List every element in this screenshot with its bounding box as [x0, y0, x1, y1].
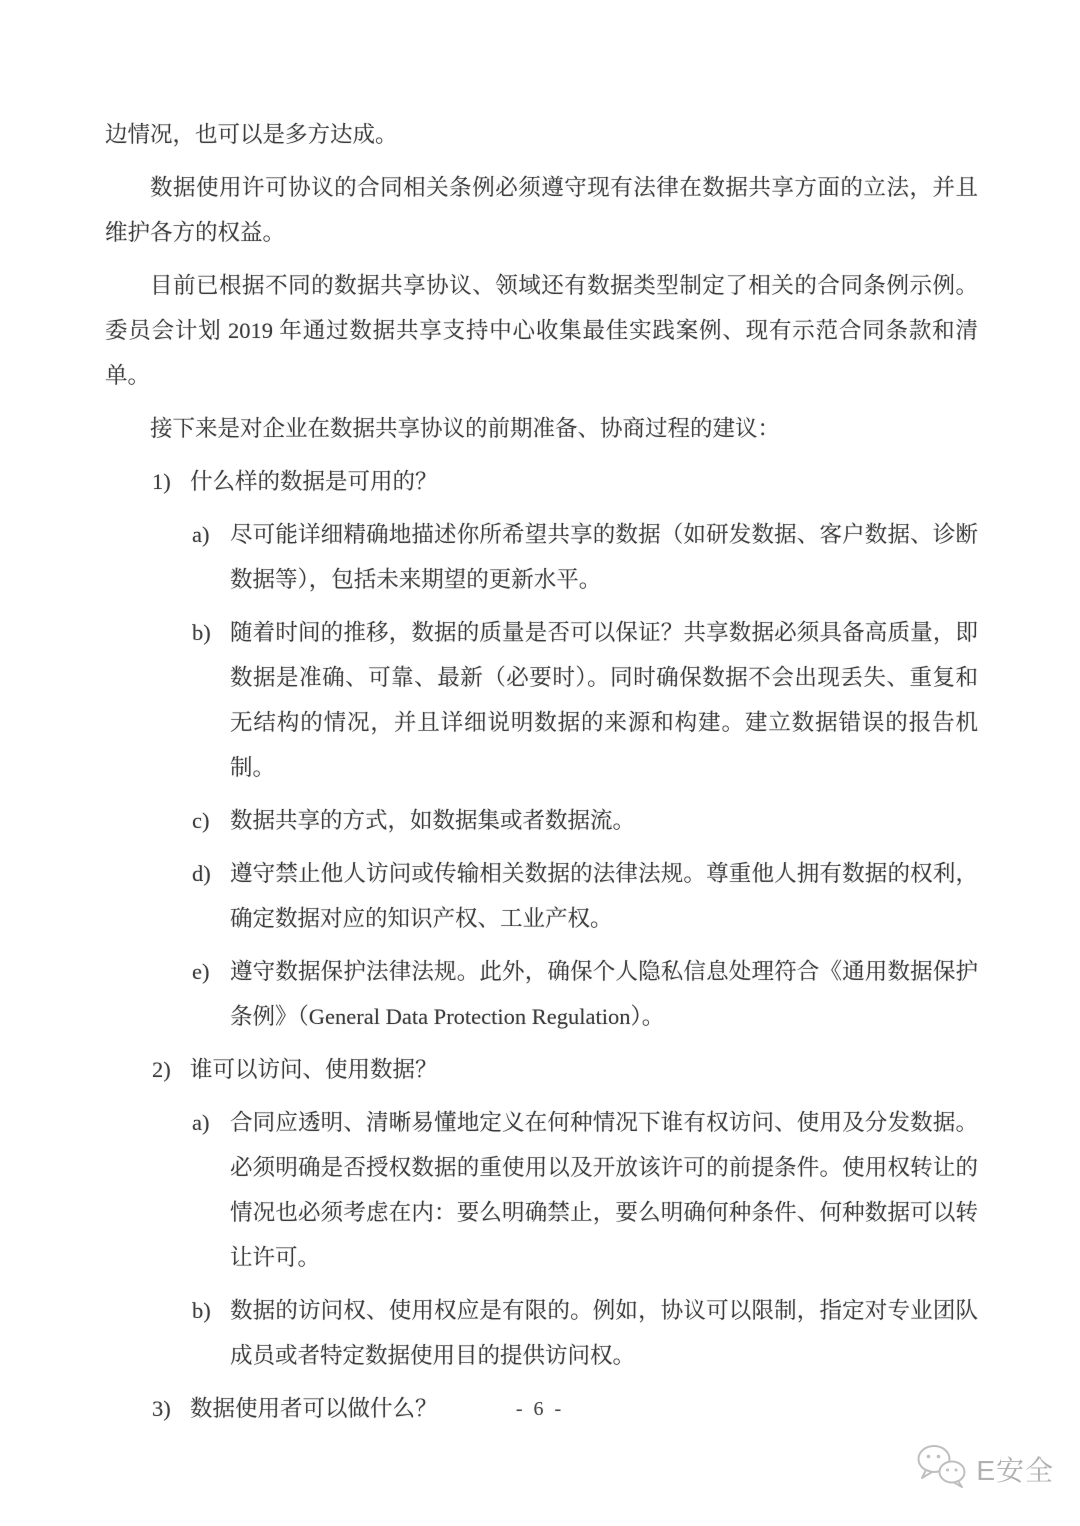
list-item-2a: a) 合同应透明、清晰易懂地定义在何种情况下谁有权访问、使用及分发数据。必须明确…: [105, 1100, 978, 1280]
list-marker: 2): [152, 1047, 190, 1092]
list-marker: e): [192, 949, 230, 1039]
list-item-1b: b) 随着时间的推移，数据的质量是否可以保证？共享数据必须具备高质量，即数据是准…: [105, 610, 978, 790]
document-page: 边情况，也可以是多方达成。 数据使用许可协议的合同相关条例必须遵守现有法律在数据…: [0, 0, 1080, 1526]
paragraph: 目前已根据不同的数据共享协议、领域还有数据类型制定了相关的合同条例示例。委员会计…: [105, 263, 978, 398]
list-marker: d): [192, 851, 230, 941]
paragraph-lead-in: 接下来是对企业在数据共享协议的前期准备、协商过程的建议：: [105, 406, 978, 451]
list-item-1d: d) 遵守禁止他人访问或传输相关数据的法律法规。尊重他人拥有数据的权利，确定数据…: [105, 851, 978, 941]
list-marker: b): [192, 610, 230, 790]
list-item-text: 合同应透明、清晰易懂地定义在何种情况下谁有权访问、使用及分发数据。必须明确是否授…: [230, 1100, 978, 1280]
page-number: - 6 -: [0, 1398, 1080, 1421]
list-item-1e: e) 遵守数据保护法律法规。此外，确保个人隐私信息处理符合《通用数据保护条例》（…: [105, 949, 978, 1039]
list-item-1a: a) 尽可能详细精确地描述你所希望共享的数据（如研发数据、客户数据、诊断数据等）…: [105, 512, 978, 602]
list-marker: b): [192, 1288, 230, 1378]
list-item-1c: c) 数据共享的方式，如数据集或者数据流。: [105, 798, 978, 843]
list-item-text: 数据的访问权、使用权应是有限的。例如，协议可以限制，指定对专业团队成员或者特定数…: [230, 1288, 978, 1378]
list-item-title: 谁可以访问、使用数据？: [190, 1047, 978, 1092]
list-item-text: 尽可能详细精确地描述你所希望共享的数据（如研发数据、客户数据、诊断数据等），包括…: [230, 512, 978, 602]
list-item-2b: b) 数据的访问权、使用权应是有限的。例如，协议可以限制，指定对专业团队成员或者…: [105, 1288, 978, 1378]
list-item-title: 什么样的数据是可用的？: [190, 459, 978, 504]
list-item-1: 1) 什么样的数据是可用的？: [105, 459, 978, 504]
list-item-2: 2) 谁可以访问、使用数据？: [105, 1047, 978, 1092]
list-item-text: 数据共享的方式，如数据集或者数据流。: [230, 798, 978, 843]
list-marker: a): [192, 1100, 230, 1280]
wechat-chat-bubbles-icon: [914, 1442, 968, 1495]
watermark-label: E安全: [976, 1449, 1054, 1489]
list-item-text: 遵守禁止他人访问或传输相关数据的法律法规。尊重他人拥有数据的权利，确定数据对应的…: [230, 851, 978, 941]
paragraph: 数据使用许可协议的合同相关条例必须遵守现有法律在数据共享方面的立法，并且维护各方…: [105, 165, 978, 255]
list-item-text: 随着时间的推移，数据的质量是否可以保证？共享数据必须具备高质量，即数据是准确、可…: [230, 610, 978, 790]
list-marker: 1): [152, 459, 190, 504]
watermark: E安全: [914, 1442, 1054, 1495]
list-item-text: 遵守数据保护法律法规。此外，确保个人隐私信息处理符合《通用数据保护条例》（Gen…: [230, 949, 978, 1039]
list-marker: c): [192, 798, 230, 843]
page-content: 边情况，也可以是多方达成。 数据使用许可协议的合同相关条例必须遵守现有法律在数据…: [105, 112, 978, 1439]
paragraph-continuation: 边情况，也可以是多方达成。: [105, 112, 978, 157]
list-marker: a): [192, 512, 230, 602]
